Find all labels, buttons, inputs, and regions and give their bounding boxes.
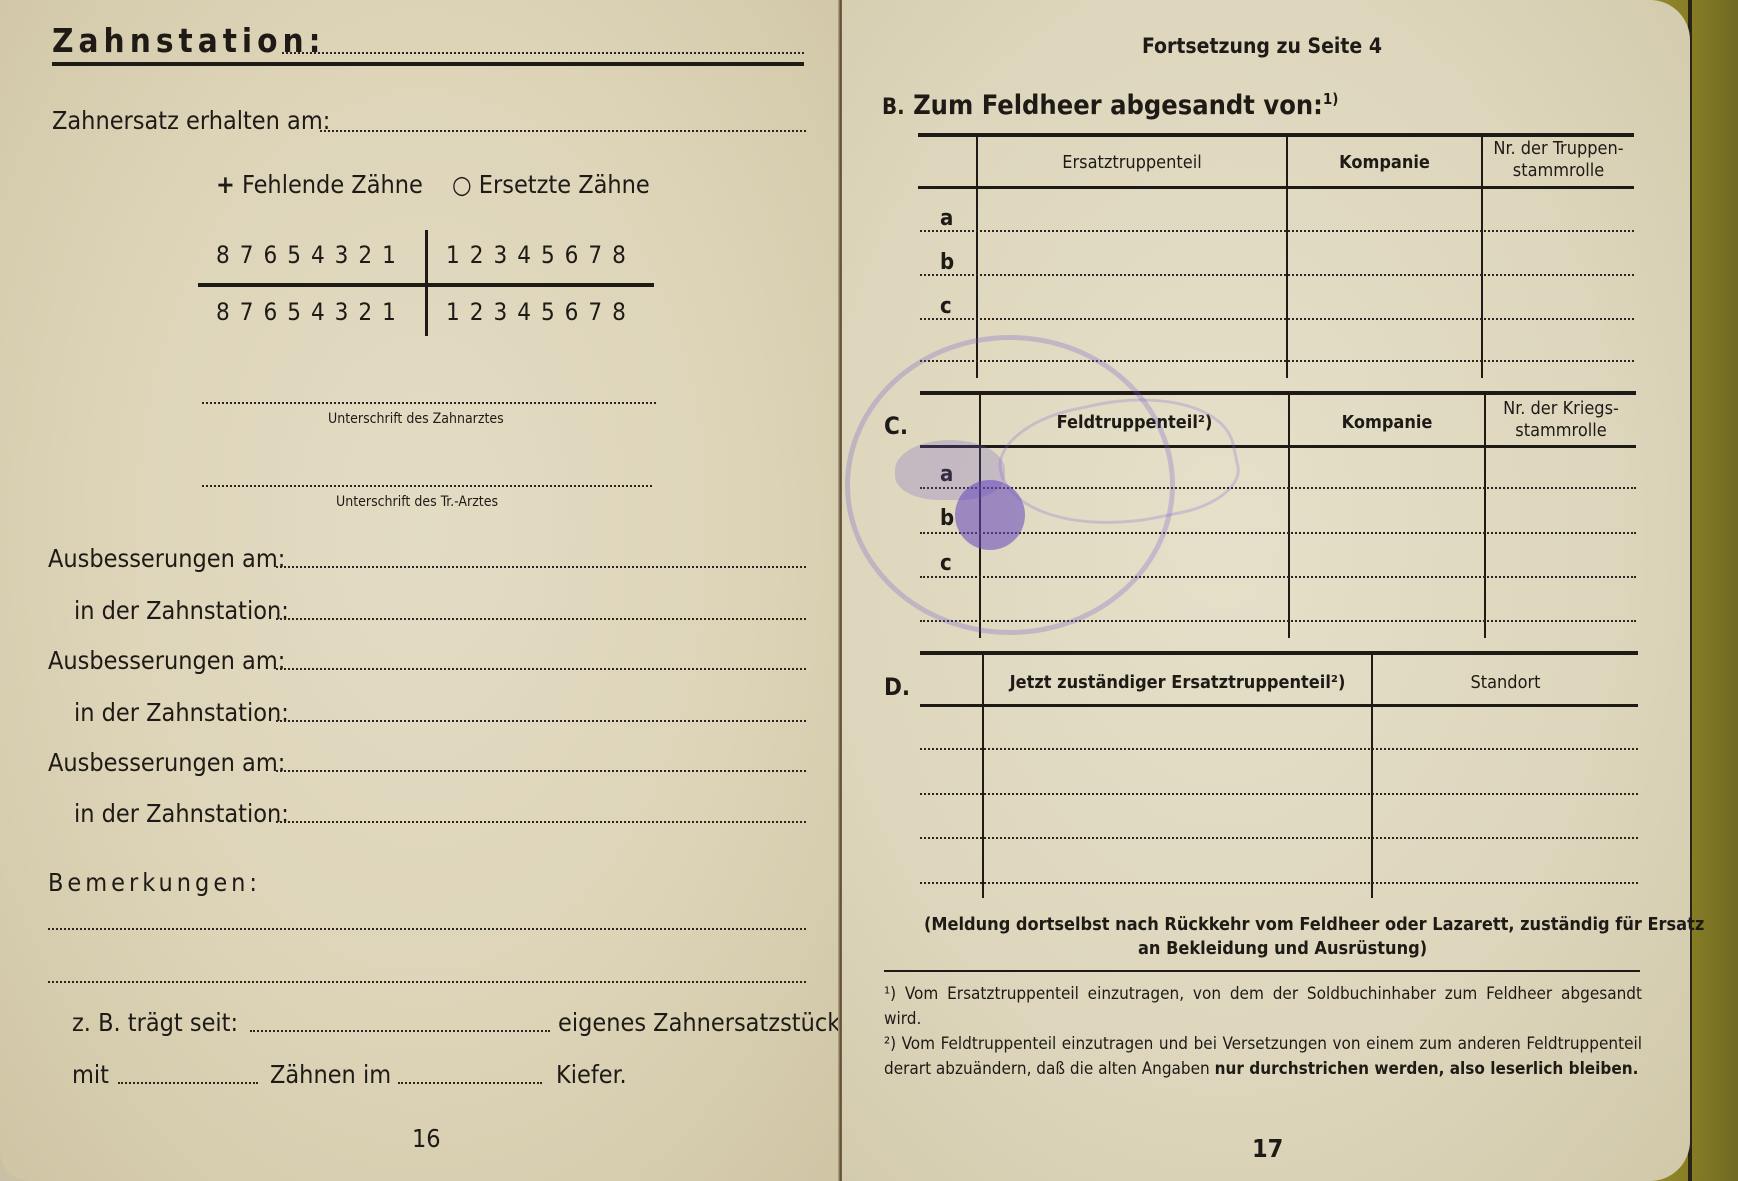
jaw-field[interactable] [398, 1082, 542, 1084]
table-b-header-replacement-unit: Ersatztruppenteil [978, 152, 1286, 174]
table-d-row-line-2[interactable] [920, 793, 1638, 795]
prosthesis-since-field[interactable] [250, 1030, 550, 1032]
table-b-header-rule [918, 186, 1634, 189]
dentist-signature-field[interactable] [202, 402, 656, 404]
footnote-2-emphasis: nur durchstrichen werden, also leserlich… [1215, 1059, 1639, 1079]
tooth-chart-upper-left[interactable]: 87654321 [216, 243, 406, 267]
table-c-header-company: Kompanie [1290, 412, 1484, 434]
table-b-row-b: b [940, 250, 954, 275]
jaw-label: Kiefer. [556, 1062, 627, 1087]
repair-date-field-3[interactable] [276, 770, 806, 772]
table-d-header-rule [920, 704, 1638, 707]
repair-date-label-2: Ausbesserungen am: [48, 648, 285, 673]
table-b-row-a: a [940, 206, 953, 231]
table-b-row-line-b[interactable] [920, 274, 1634, 276]
footnote-separator [884, 970, 1640, 972]
section-d-note-line2: an Bekleidung und Ausrüstung) [1138, 940, 1427, 958]
repair-date-label-1: Ausbesserungen am: [48, 546, 285, 571]
tooth-chart-lower-right[interactable]: 12345678 [446, 300, 636, 324]
page-number-right: 17 [1252, 1136, 1283, 1161]
prosthesis-since-label: z. B. trägt seit: [72, 1010, 238, 1035]
remarks-field-1[interactable] [48, 928, 806, 930]
table-b-row-c: c [940, 294, 952, 319]
teeth-in-label: Zähnen im [270, 1062, 391, 1087]
section-b-heading: B. Zum Feldheer abgesandt von:1) [882, 92, 1338, 119]
continuation-heading: Fortsetzung zu Seite 4 [1142, 36, 1382, 57]
repair-station-label-2: in der Zahnstation: [74, 700, 289, 725]
table-d-top-rule [920, 651, 1638, 655]
table-c-header-war-roll-number: Nr. der Kriegs- stammrolle [1486, 398, 1636, 441]
table-b-header-company: Kompanie [1288, 152, 1481, 174]
troop-doctor-signature-field[interactable] [202, 485, 652, 487]
table-d-row-line-4[interactable] [920, 882, 1638, 884]
footnote-2: ²) Vom Feldtruppenteil einzutragen und b… [884, 1032, 1642, 1082]
table-d-header-location: Standort [1373, 672, 1638, 694]
section-b-title: Zum Feldheer abgesandt von: [913, 90, 1323, 121]
repair-station-field-1[interactable] [276, 618, 806, 620]
table-d-header-current-unit: Jetzt zuständiger Ersatztruppenteil²) [984, 672, 1371, 694]
dentist-signature-label: Unterschrift des Zahnarztes [328, 412, 504, 426]
table-d-row-line-3[interactable] [920, 837, 1638, 839]
table-d-row-line-1[interactable] [920, 748, 1638, 750]
repair-station-label-1: in der Zahnstation: [74, 598, 289, 623]
table-b-row-line-c[interactable] [920, 318, 1634, 320]
footnote-1: ¹) Vom Ersatztruppenteil einzutragen, vo… [884, 982, 1642, 1032]
tooth-chart-vertical-rule [425, 230, 428, 336]
dental-station-field[interactable] [282, 52, 804, 54]
table-b-header-roll-number: Nr. der Truppen- stammrolle [1483, 138, 1634, 181]
prosthesis-with-label: mit [72, 1062, 109, 1087]
prosthesis-own-label: eigenes Zahnersatzstück [558, 1010, 840, 1035]
legend-replaced: ○ Ersetzte Zähne [452, 172, 650, 197]
tooth-chart-lower-left[interactable]: 87654321 [216, 300, 406, 324]
dental-replacement-date-field[interactable] [320, 130, 806, 132]
legend-missing: + Fehlende Zähne [216, 172, 423, 197]
page-number-left: 16 [412, 1126, 441, 1151]
circle-icon: ○ [452, 170, 472, 199]
repair-date-label-3: Ausbesserungen am: [48, 750, 285, 775]
repair-date-field-1[interactable] [276, 566, 806, 568]
section-b-letter: B. [882, 95, 905, 120]
section-d-letter: D. [884, 673, 910, 701]
remarks-label: Bemerkungen: [48, 870, 261, 895]
troop-doctor-signature-label: Unterschrift des Tr.-Arztes [336, 495, 498, 509]
footnote-ref-1: 1) [1323, 90, 1339, 108]
repair-date-field-2[interactable] [276, 668, 806, 670]
table-b-top-rule [918, 133, 1634, 137]
repair-station-label-3: in der Zahnstation: [74, 801, 289, 826]
dental-replacement-label: Zahnersatz erhalten am: [52, 108, 330, 133]
tooth-chart-upper-right[interactable]: 12345678 [446, 243, 636, 267]
remarks-field-2[interactable] [48, 981, 806, 983]
repair-station-field-3[interactable] [276, 821, 806, 823]
plus-icon: + [216, 170, 235, 199]
title-underline [52, 62, 804, 66]
table-b-row-line-a[interactable] [920, 230, 1634, 232]
section-d-note-line1: (Meldung dortselbst nach Rückkehr vom Fe… [924, 916, 1704, 934]
tooth-count-field[interactable] [118, 1082, 258, 1084]
repair-station-field-2[interactable] [276, 720, 806, 722]
